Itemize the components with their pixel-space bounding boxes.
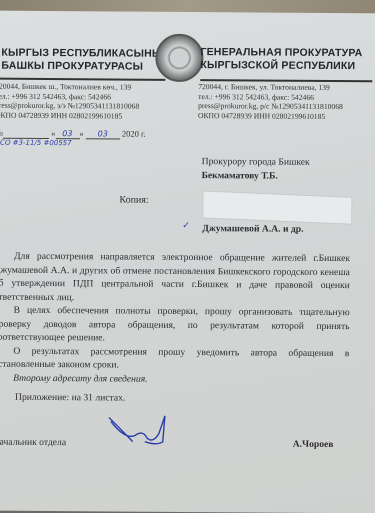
signature-icon (105, 411, 175, 449)
letter-body: Для рассмотрения направляется электронно… (0, 250, 350, 387)
address-line: 720044, г. Бишкек, ул. Токтоналиева, 139 (198, 82, 343, 93)
org-line: БАШКЫ ПРОКУРАТУРАСЫ (1, 60, 170, 74)
redaction-tape (202, 190, 352, 224)
handwritten-reg-number: ИСО #3-11/5 #00557 (0, 139, 72, 148)
addressee-name: Бекмаматову Т.Б. (202, 169, 310, 184)
state-emblem-icon (155, 34, 203, 82)
body-note: Второму адресату для сведения. (0, 371, 349, 387)
addressee-block: Прокурору города Бишкек Бекмаматову Т.Б. (202, 155, 310, 184)
address-block-right: 720044, г. Бишкек, ул. Токтоналиева, 139… (198, 82, 343, 121)
address-line: ОКПО 04728939 ИНН 02802199610185 (198, 111, 343, 122)
copy-recipient: Джумашевой А.А. и др. (202, 223, 303, 235)
copy-label: Копия: (119, 195, 148, 206)
address-block-left: 720044, Бишкек ш., Токтоналиев көч., 139… (0, 82, 139, 121)
date-month: 03 (86, 129, 120, 139)
org-line: КЫРГЫЗ РЕСПУБЛИКАСЫНЫН (1, 47, 170, 61)
number-blank (3, 129, 49, 139)
checkmark-icon: ✓ (182, 220, 190, 231)
body-paragraph: О результатах рассмотрения прошу уведоми… (0, 344, 349, 373)
addressee-title: Прокурору города Бишкек (202, 155, 310, 170)
org-name-kyrgyz: КЫРГЫЗ РЕСПУБЛИКАСЫНЫН БАШКЫ ПРОКУРАТУРА… (1, 47, 170, 74)
address-line: ОКПО 04728939 ИНН 02802199610185 (0, 110, 139, 121)
body-paragraph: Для рассмотрения направляется электронно… (0, 250, 350, 306)
org-line: ГЕНЕРАЛЬНАЯ ПРОКУРАТУРА (200, 46, 362, 60)
header-divider-left (0, 78, 165, 81)
date-year: 2020 г. (122, 129, 146, 139)
letter-page: КЫРГЫЗ РЕСПУБЛИКАСЫНЫН БАШКЫ ПРОКУРАТУРА… (0, 11, 375, 500)
date-day: 03 (55, 129, 79, 139)
org-line: КЫРГЫЗСКОЙ РЕСПУБЛИКИ (200, 59, 362, 73)
signatory-role: Начальник отдела (0, 437, 66, 449)
body-paragraph: В целях обеспечения полноты проверки, пр… (0, 304, 350, 347)
address-line: 720044, Бишкек ш., Токтоналиев көч., 139 (0, 82, 139, 93)
org-name-russian: ГЕНЕРАЛЬНАЯ ПРОКУРАТУРА КЫРГЫЗСКОЙ РЕСПУ… (200, 46, 362, 73)
signatory-name: А.Чороев (293, 439, 334, 450)
attachment-note: Приложение: на 31 листах. (15, 392, 125, 404)
